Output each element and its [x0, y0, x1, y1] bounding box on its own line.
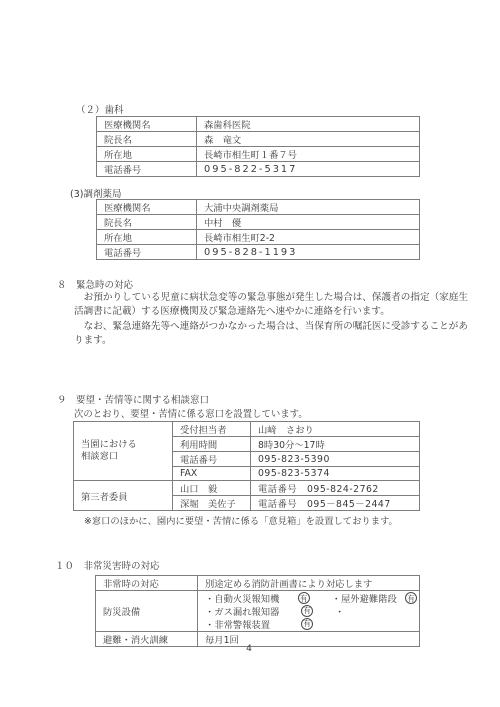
table-row: 院長名 中村 優: [97, 215, 420, 230]
table-row: 電話番号 095-822-5317: [97, 162, 420, 177]
emergency-paragraph-1: お預かりしている児童に病状急変等の緊急事態が発生した場合は、保護者の指定（家庭生…: [74, 291, 468, 320]
circled-have-icon: 有: [301, 618, 313, 630]
equipment-list-cell: ・自動火災報知機 有 ・屋外避難階段 有 ・ガス漏れ報知器 有 ・ ・非常警報装…: [198, 591, 420, 632]
consult-section-heading: ９ 要望・苦情等に関する相談窓口: [57, 392, 209, 406]
row-value: 大浦中央調剤薬局: [197, 200, 420, 215]
row-value-phone: 095-822-5317: [197, 162, 420, 177]
group-label-line1: 当園における: [81, 439, 170, 451]
row-label: 医療機関名: [97, 117, 197, 132]
pharmacy-section-heading: (3)調剤薬局: [70, 186, 121, 200]
row-value: 長崎市相生町１番７号: [197, 147, 420, 162]
row-label: 所在地: [97, 147, 197, 162]
equipment-line: ・ガス漏れ報知器 有 ・: [205, 605, 417, 618]
committee-member-phone: 電話番号 095－845－2447: [251, 496, 420, 511]
table-row: 医療機関名 森歯科医院: [97, 117, 420, 132]
committee-member-name: 深堀 美佐子: [173, 496, 251, 511]
equipment-item: ・非常警報装置: [205, 617, 301, 631]
consult-note-text: ※窓口のほかに、園内に要望・苦情に係る「意見箱」を設置しております。: [84, 513, 398, 527]
document-page: （２）歯科 医療機関名 森歯科医院 院長名 森 竜文 所在地 長崎市相生町１番７…: [0, 0, 500, 707]
circled-have-icon: 有: [405, 592, 417, 604]
group-label-cell: 第三者委員: [74, 481, 173, 511]
row-label: 電話番号: [97, 162, 197, 177]
group-label-cell: 当園における 相談窓口: [74, 422, 173, 481]
table-row: 院長名 森 竜文: [97, 132, 420, 147]
row-label: 医療機関名: [97, 200, 197, 215]
row-label: 利用時間: [173, 437, 251, 452]
pharmacy-info-table: 医療機関名 大浦中央調剤薬局 院長名 中村 優 所在地 長崎市相生町2-2 電話…: [96, 199, 420, 260]
row-label: 院長名: [97, 132, 197, 147]
row-value: 森歯科医院: [197, 117, 420, 132]
dental-info-table: 医療機関名 森歯科医院 院長名 森 竜文 所在地 長崎市相生町１番７号 電話番号…: [96, 116, 420, 177]
disaster-response-table: 非常時の対応 別途定める消防計画書により対応します 防災設備 ・自動火災報知機 …: [95, 575, 420, 647]
equipment-line: ・非常警報装置 有: [205, 618, 417, 631]
row-label: 電話番号: [173, 452, 251, 467]
row-value: 8時30分～17時: [251, 437, 420, 452]
table-row: 医療機関名 大浦中央調剤薬局: [97, 200, 420, 215]
table-row: 非常時の対応 別途定める消防計画書により対応します: [96, 576, 420, 591]
row-value: 山﨑 さおり: [251, 422, 420, 437]
row-value-phone: 095-823-5390: [251, 452, 420, 467]
table-row: 所在地 長崎市相生町2-2: [97, 230, 420, 245]
emergency-paragraph: お預かりしている児童に病状急変等の緊急事態が発生した場合は、保護者の指定（家庭生…: [74, 291, 468, 348]
row-label: 防災設備: [96, 591, 198, 632]
dental-section-heading: （２）歯科: [76, 102, 124, 116]
row-label: 所在地: [97, 230, 197, 245]
row-label: 院長名: [97, 215, 197, 230]
row-label: FAX: [173, 467, 251, 481]
circled-have-icon: 有: [298, 592, 310, 604]
table-row: 電話番号 095-828-1193: [97, 245, 420, 260]
committee-member-name: 山口 毅: [173, 481, 251, 496]
emergency-section-heading: ８ 緊急時の対応: [57, 277, 133, 291]
consult-contacts-table: 当園における 相談窓口 受付担当者 山﨑 さおり 利用時間 8時30分～17時 …: [73, 421, 420, 511]
row-value: 長崎市相生町2-2: [197, 230, 420, 245]
row-value: 別途定める消防計画書により対応します: [198, 576, 420, 591]
equipment-line: ・自動火災報知機 有 ・屋外避難階段 有: [205, 592, 417, 605]
row-value-phone: 095-828-1193: [197, 245, 420, 260]
consult-intro-text: 次のとおり、要望・苦情に係る窓口を設置しています。: [74, 406, 308, 420]
circled-have-icon: 有: [301, 605, 313, 617]
row-label: 電話番号: [97, 245, 197, 260]
page-number: 4: [0, 644, 498, 654]
row-label: 非常時の対応: [96, 576, 198, 591]
equipment-item: ・: [335, 604, 411, 618]
row-value-fax: 095-823-5374: [251, 467, 420, 481]
table-row: 防災設備 ・自動火災報知機 有 ・屋外避難階段 有 ・ガス漏れ報知器 有 ・ ・…: [96, 591, 420, 632]
row-value: 中村 優: [197, 215, 420, 230]
emergency-paragraph-2: なお、緊急連絡先等へ連絡がつかなかった場合は、当保育所の嘱託医に受診することがあ…: [74, 320, 468, 349]
group-label-line2: 相談窓口: [81, 451, 170, 463]
disaster-section-heading: １０ 非常災害時の対応: [55, 558, 160, 572]
row-value: 森 竜文: [197, 132, 420, 147]
table-row: 第三者委員 山口 毅 電話番号 095-824-2762: [74, 481, 420, 496]
table-row: 当園における 相談窓口 受付担当者 山﨑 さおり: [74, 422, 420, 437]
row-label: 受付担当者: [173, 422, 251, 437]
committee-member-phone: 電話番号 095-824-2762: [251, 481, 420, 496]
table-row: 所在地 長崎市相生町１番７号: [97, 147, 420, 162]
